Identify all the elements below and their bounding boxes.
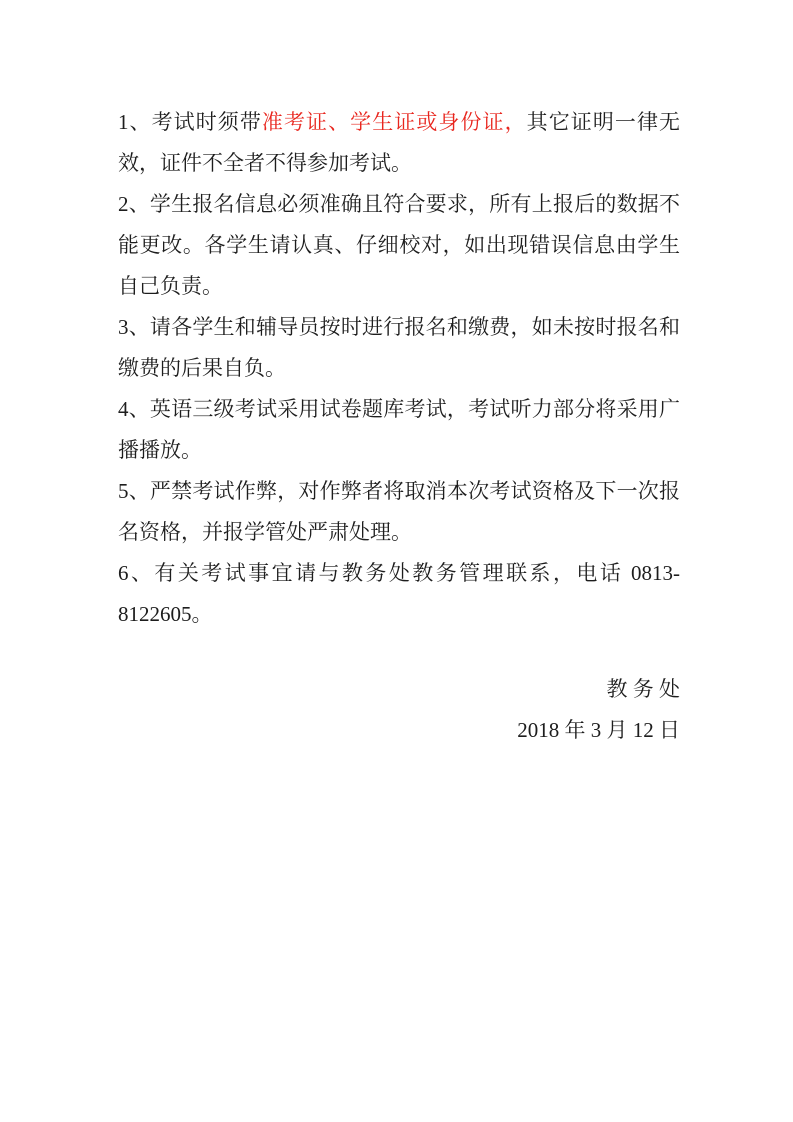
- notice-item-3: 3、请各学生和辅导员按时进行报名和缴费，如未按时报名和缴费的后果自负。: [118, 307, 680, 389]
- notice-item-1-prefix: 1、考试时须带: [118, 110, 262, 134]
- notice-item-2: 2、学生报名信息必须准确且符合要求，所有上报后的数据不能更改。各学生请认真、仔细…: [118, 184, 680, 307]
- signature-date: 2018 年 3 月 12 日: [118, 710, 680, 751]
- notice-item-5: 5、严禁考试作弊，对作弊者将取消本次考试资格及下一次报名资格，并报学管处严肃处理…: [118, 471, 680, 553]
- notice-body: 1、考试时须带准考证、学生证或身份证，其它证明一律无效，证件不全者不得参加考试。…: [118, 102, 680, 751]
- document-page: 1、考试时须带准考证、学生证或身份证，其它证明一律无效，证件不全者不得参加考试。…: [0, 0, 793, 1122]
- notice-item-4: 4、英语三级考试采用试卷题库考试，考试听力部分将采用广播播放。: [118, 389, 680, 471]
- signature: 教 务 处: [118, 669, 680, 710]
- notice-item-6: 6、有关考试事宜请与教务处教务管理联系，电话 0813-8122605。: [118, 553, 680, 635]
- notice-item-1: 1、考试时须带准考证、学生证或身份证，其它证明一律无效，证件不全者不得参加考试。: [118, 102, 680, 184]
- notice-item-1-highlighted-text: 准考证、学生证或身份证，: [262, 110, 527, 134]
